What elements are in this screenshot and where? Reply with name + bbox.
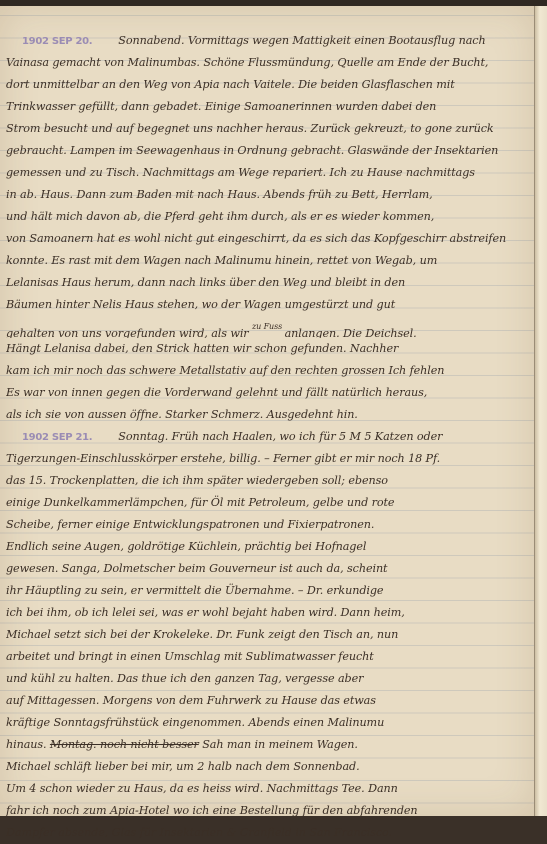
diary-line: Scheibe, ferner einige Entwicklungspatro… bbox=[6, 514, 528, 536]
page-edge bbox=[535, 6, 547, 816]
line-text: Sah man in meinem Wagen. bbox=[199, 738, 358, 751]
inserted-text: zu Fuss bbox=[252, 322, 285, 331]
line-text: gebraucht. Lampen im Seewagenhaus in Ord… bbox=[6, 144, 498, 157]
diary-line: konnte. Es rast mit dem Wagen nach Malin… bbox=[6, 250, 528, 272]
diary-line: Michael schläft lieber bei mir, um 2 hal… bbox=[6, 756, 528, 778]
line-text: einige Dunkelkammerlämpchen, für Öl mit … bbox=[6, 496, 394, 509]
date-stamp: 1902 SEP 21. bbox=[22, 427, 92, 448]
line-text: Trinkwasser gefüllt, dann gebadet. Einig… bbox=[6, 100, 436, 113]
line-text: als ich sie von aussen öffne. Starker Sc… bbox=[6, 408, 358, 421]
line-text: arbeitet und bringt in einen Umschlag mi… bbox=[6, 650, 374, 663]
line-text: Bäumen hinter Nelis Haus stehen, wo der … bbox=[6, 298, 395, 311]
diary-line: von Samoanern hat es wohl nicht gut eing… bbox=[6, 228, 528, 250]
line-text: konnte. Es rast mit dem Wagen nach Malin… bbox=[6, 254, 437, 267]
diary-line: kräftige Sonntagsfrühstück eingenommen. … bbox=[6, 712, 528, 734]
line-text: gemessen und zu Tisch. Nachmittags am We… bbox=[6, 166, 475, 179]
diary-line: gehalten von uns vorgefunden wird, als w… bbox=[6, 316, 528, 338]
diary-line: und hält mich davon ab, die Pferd geht i… bbox=[6, 206, 528, 228]
diary-line: in ab. Haus. Dann zum Baden mit nach Hau… bbox=[6, 184, 528, 206]
diary-line: Michael setzt sich bei der Krokeleke. Dr… bbox=[6, 624, 528, 646]
diary-line: Es war von innen gegen die Vorderwand ge… bbox=[6, 382, 528, 404]
diary-line: hinaus. Montag. noch nicht besser Sah ma… bbox=[6, 734, 528, 756]
line-text: Hängt Lelanisa dabei, den Strick hatten … bbox=[6, 342, 398, 355]
line-text: Michael schläft lieber bei mir, um 2 hal… bbox=[6, 760, 360, 773]
diary-line: Bäumen hinter Nelis Haus stehen, wo der … bbox=[6, 294, 528, 316]
diary-line: kam ich mir noch das schwere Metallstati… bbox=[6, 360, 528, 382]
diary-line: Hängt Lelanisa dabei, den Strick hatten … bbox=[6, 338, 528, 360]
line-text: ich bei ihm, ob ich lelei sei, was er wo… bbox=[6, 606, 405, 619]
diary-line: als ich sie von aussen öffne. Starker Sc… bbox=[6, 404, 528, 426]
diary-line: ich bei ihm, ob ich lelei sei, was er wo… bbox=[6, 602, 528, 624]
diary-line: arbeitet und bringt in einen Umschlag mi… bbox=[6, 646, 528, 668]
line-text: Scheibe, ferner einige Entwicklungspatro… bbox=[6, 518, 374, 531]
line-text: fahr ich noch zum Apia-Hotel wo ich eine… bbox=[6, 804, 418, 817]
diary-line: und kühl zu halten. Das thue ich den gan… bbox=[6, 668, 528, 690]
diary-line: dort unmittelbar an den Weg von Apia nac… bbox=[6, 74, 528, 96]
diary-line: gewesen. Sanga, Dolmetscher beim Gouvern… bbox=[6, 558, 528, 580]
line-text: anlangen. Die Deichsel. bbox=[285, 327, 417, 338]
line-text: auf Mittagessen. Morgens von dem Fuhrwer… bbox=[6, 694, 376, 707]
line-text: und hält mich davon ab, die Pferd geht i… bbox=[6, 210, 434, 223]
line-text: Tigerzungen-Einschlusskörper erstehe, bi… bbox=[6, 452, 440, 465]
diary-line: gemessen und zu Tisch. Nachmittags am We… bbox=[6, 162, 528, 184]
diary-line: gebraucht. Lampen im Seewagenhaus in Ord… bbox=[6, 140, 528, 162]
line-text: und kühl zu halten. Das thue ich den gan… bbox=[6, 672, 363, 685]
diary-line: fahr ich noch zum Apia-Hotel wo ich eine… bbox=[6, 800, 528, 822]
line-text: Lelanisas Haus herum, dann nach links üb… bbox=[6, 276, 405, 289]
diary-line: Tigerzungen-Einschlusskörper erstehe, bi… bbox=[6, 448, 528, 470]
line-text: Sonntag. Früh nach Haalen, wo ich für 5 … bbox=[118, 430, 442, 443]
line-text: das 15. Trockenplatten, die ich ihm spät… bbox=[6, 474, 388, 487]
diary-line: einige Dunkelkammerlämpchen, für Öl mit … bbox=[6, 492, 528, 514]
line-text: Vainasa gemacht von Malinumbas. Schöne F… bbox=[6, 56, 488, 69]
diary-line: Trinkwasser gefüllt, dann gebadet. Einig… bbox=[6, 96, 528, 118]
line-text: Strom besucht und auf begegnet uns nachh… bbox=[6, 122, 494, 135]
diary-line: ihr Häuptling zu sein, er vermittelt die… bbox=[6, 580, 528, 602]
diary-line: das 15. Trockenplatten, die ich ihm spät… bbox=[6, 470, 528, 492]
line-text: in ab. Haus. Dann zum Baden mit nach Hau… bbox=[6, 188, 433, 201]
diary-line: Um 4 schon wieder zu Haus, da es heiss w… bbox=[6, 778, 528, 800]
line-text: kräftige Sonntagsfrühstück eingenommen. … bbox=[6, 716, 384, 729]
line-text: hinaus. bbox=[6, 738, 50, 751]
line-text: Es war von innen gegen die Vorderwand ge… bbox=[6, 386, 427, 399]
line-text: von Samoanern hat es wohl nicht gut eing… bbox=[6, 232, 506, 245]
diary-line: 1902 SEP 21.Sonntag. Früh nach Haalen, w… bbox=[6, 426, 528, 448]
line-text: dort unmittelbar an den Weg von Apia nac… bbox=[6, 78, 455, 91]
line-text: Um 4 schon wieder zu Haus, da es heiss w… bbox=[6, 782, 398, 795]
diary-line: auf Mittagessen. Morgens von dem Fuhrwer… bbox=[6, 690, 528, 712]
line-text: kam ich mir noch das schwere Metallstati… bbox=[6, 364, 444, 377]
diary-line: Endlich seine Augen, goldrötige Küchlein… bbox=[6, 536, 528, 558]
line-text: gehalten von uns vorgefunden wird, als w… bbox=[6, 327, 252, 338]
diary-line: 1902 SEP 20.Sonnabend. Vormittags wegen … bbox=[6, 30, 528, 52]
struck-text: Montag. noch nicht besser bbox=[50, 738, 199, 751]
line-text: Sonnabend. Vormittags wegen Mattigkeit e… bbox=[118, 34, 485, 47]
line-text: Endlich seine Augen, goldrötige Küchlein… bbox=[6, 540, 366, 553]
diary-line: Lelanisas Haus herum, dann nach links üb… bbox=[6, 272, 528, 294]
line-text: ihr Häuptling zu sein, er vermittelt die… bbox=[6, 584, 383, 597]
diary-line: Vainasa gemacht von Malinumbas. Schöne F… bbox=[6, 52, 528, 74]
diary-line: Strom besucht und auf begegnet uns nachh… bbox=[6, 118, 528, 140]
line-text: Michael setzt sich bei der Krokeleke. Dr… bbox=[6, 628, 398, 641]
date-stamp: 1902 SEP 20. bbox=[22, 31, 92, 52]
handwritten-text: 1902 SEP 20.Sonnabend. Vormittags wegen … bbox=[6, 30, 528, 824]
line-text: gewesen. Sanga, Dolmetscher beim Gouvern… bbox=[6, 562, 387, 575]
